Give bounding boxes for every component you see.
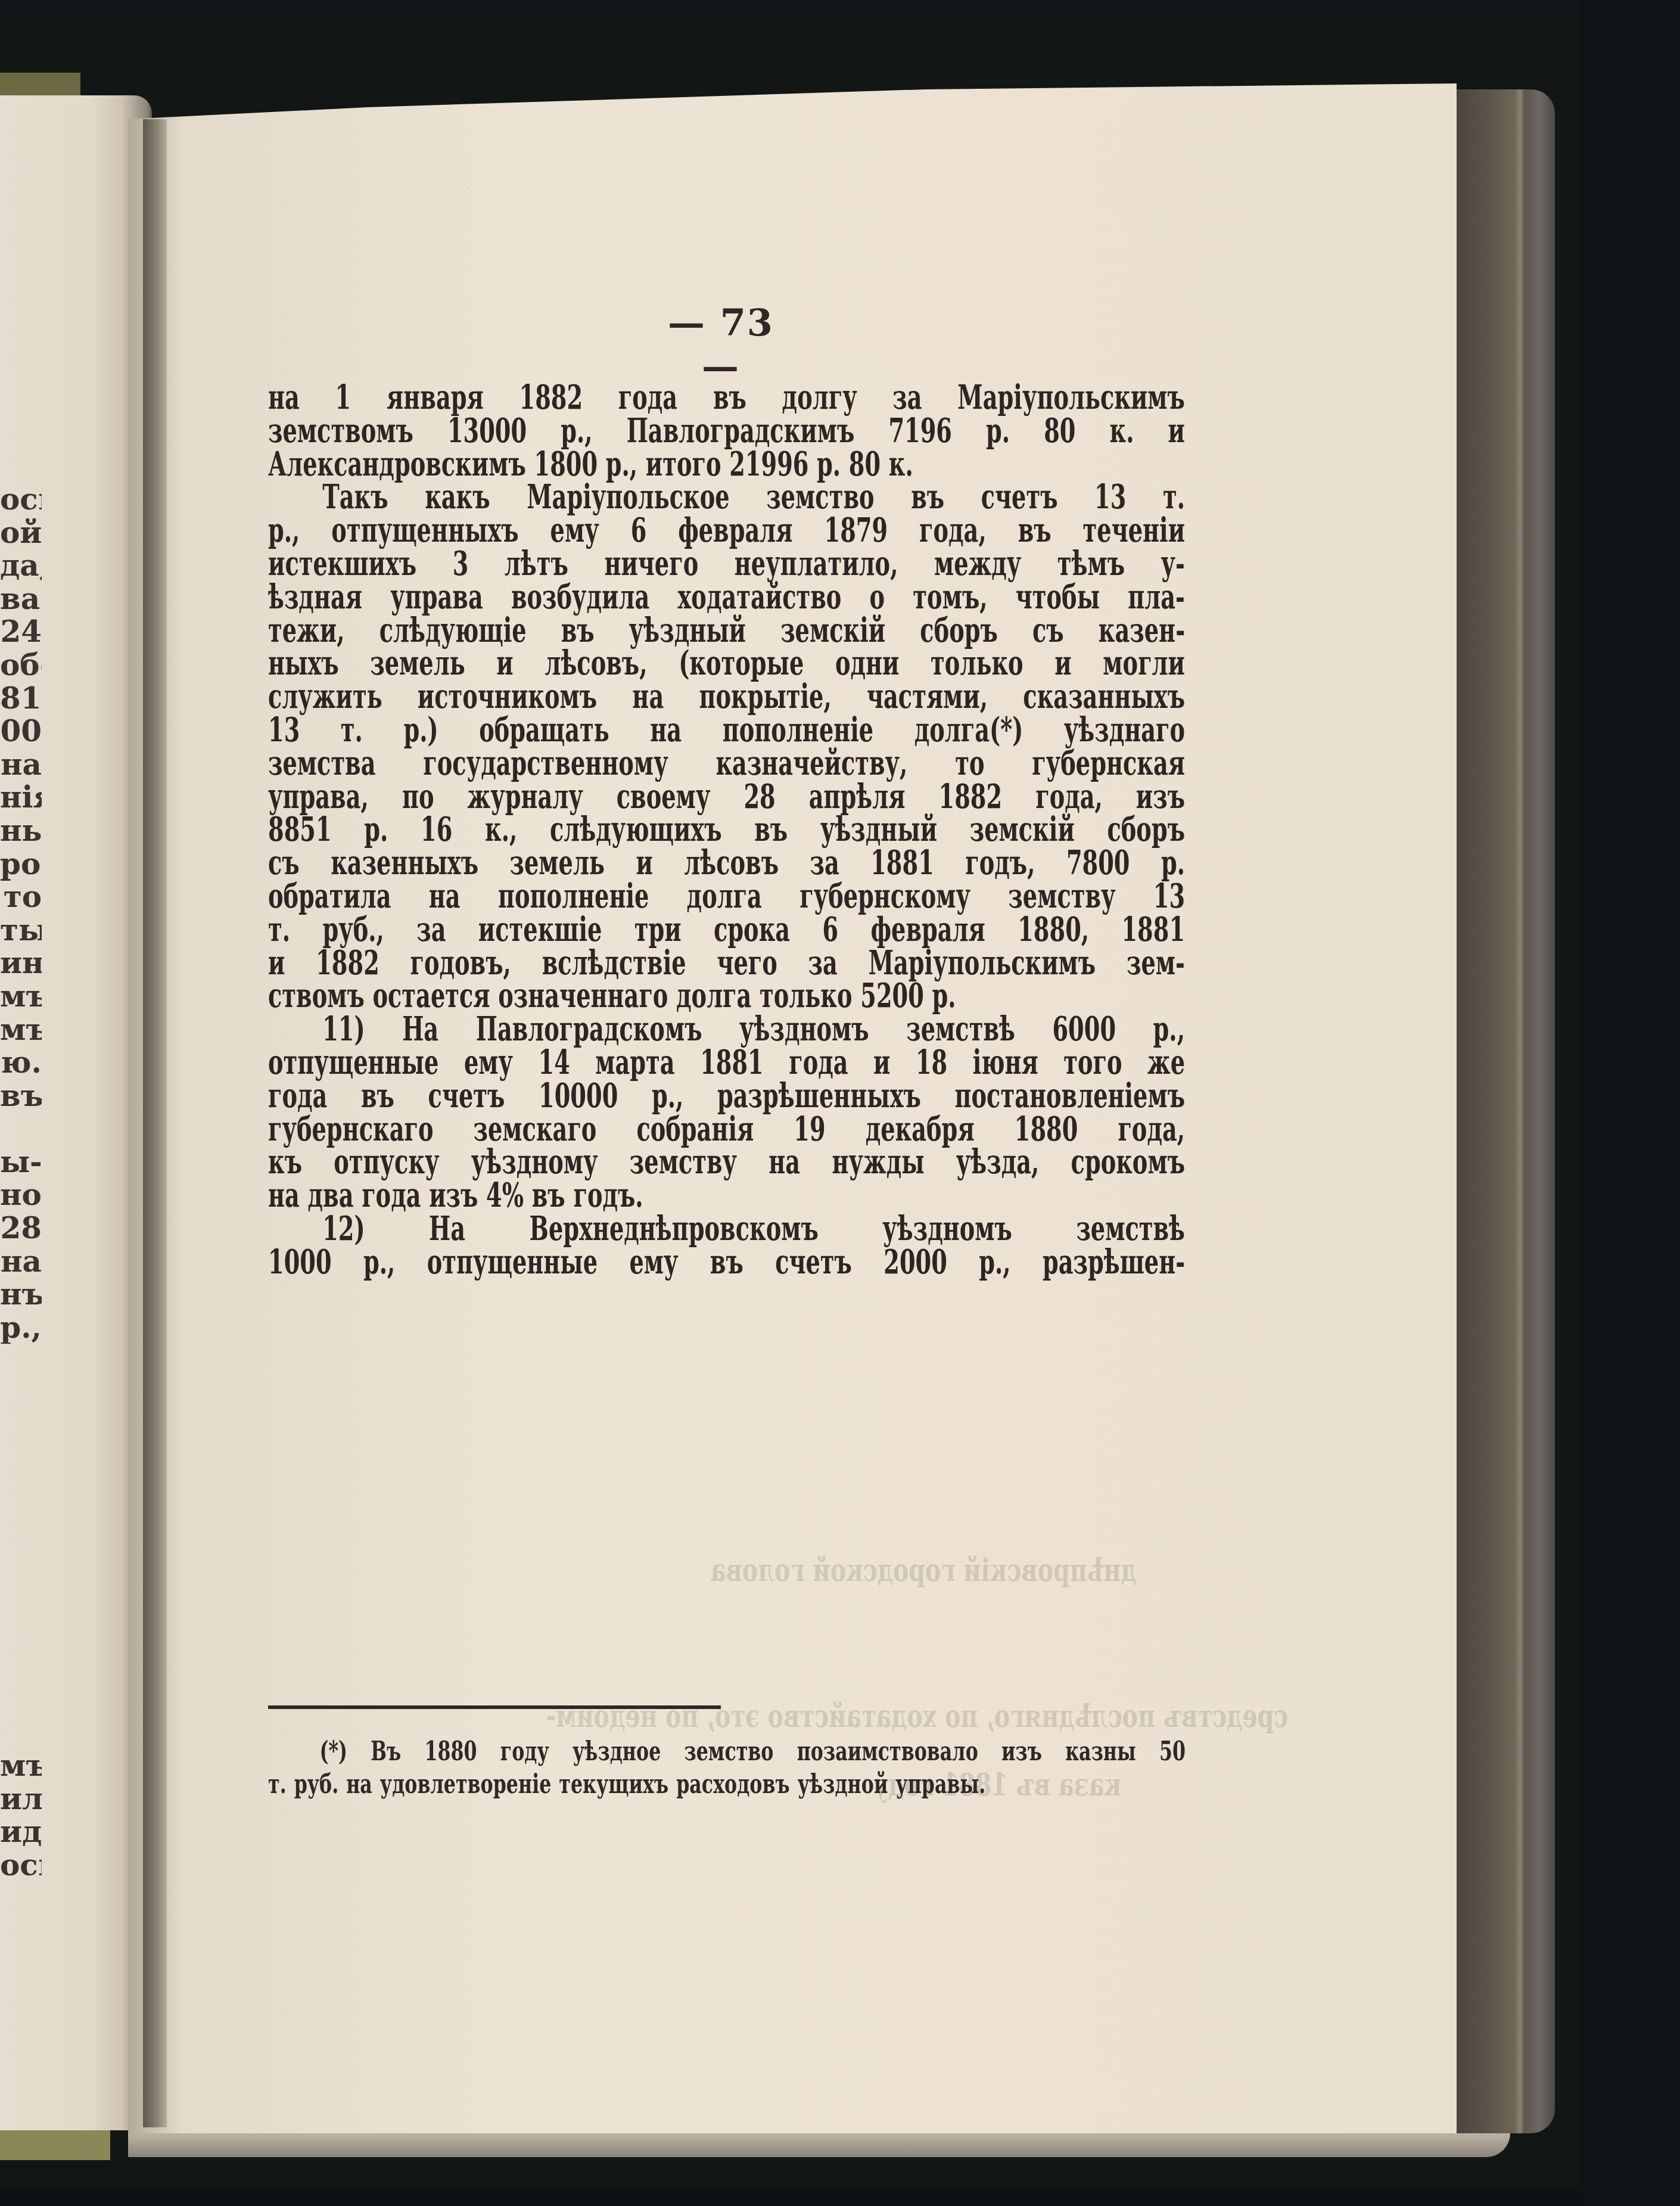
word: на — [650, 714, 682, 747]
word: счетъ — [428, 1080, 505, 1113]
word: и — [636, 847, 652, 880]
left-page-fragment: 24 — [0, 615, 42, 648]
text-line: къотпускууѣздномуземствунануждыуѣзда,сро… — [268, 1146, 1185, 1179]
word: тежи, — [268, 614, 344, 648]
word: февраля — [871, 914, 985, 947]
word: казначейству, — [715, 747, 907, 781]
left-page-fragment: 00 — [0, 714, 42, 748]
word: 13000 — [447, 415, 527, 448]
word: 80 — [1044, 415, 1075, 448]
left-page-fragment: мъ — [0, 980, 42, 1013]
word: и — [1054, 647, 1071, 681]
word: ему — [629, 1246, 678, 1279]
word: земства — [268, 747, 376, 781]
word: постановленіемъ — [955, 1080, 1186, 1113]
word: истекшіе — [478, 914, 602, 947]
word: т. — [268, 1768, 287, 1801]
word: году — [500, 1735, 549, 1768]
word: вслѣдствіе — [542, 947, 686, 980]
left-page-fragment: ой — [0, 516, 42, 549]
word: земство — [766, 481, 874, 514]
word: за — [892, 381, 922, 415]
left-page-fragment: ро- — [0, 847, 42, 881]
word: возбудила — [511, 581, 649, 614]
text-line: Александровскимъ1800р.,итого21996р.80к. — [268, 448, 1185, 481]
word: на — [268, 381, 300, 415]
word: пополненіе — [723, 714, 873, 747]
word: за — [416, 914, 446, 947]
word: 1 — [335, 381, 351, 415]
word: долгу — [782, 381, 857, 415]
text-line: годавъсчетъ10000р.,разрѣшенныхъпостановл… — [268, 1080, 1185, 1113]
left-page-fragment: да, — [0, 549, 42, 582]
text-line: земствомъ13000р.,Павлоградскимъ7196р.80к… — [268, 415, 1185, 448]
word: земствѣ — [906, 1013, 1015, 1046]
word: р., — [606, 448, 637, 481]
left-page-fragment: нь- — [0, 814, 42, 847]
word: 7196 — [888, 415, 952, 448]
word: итого — [646, 448, 721, 481]
word: Верхнеднѣпровскомъ — [530, 1213, 819, 1246]
show-through-text: средствъ послѣдняго, по ходатайство это,… — [546, 1698, 1289, 1735]
word: и — [496, 647, 513, 681]
word: 28 — [743, 781, 775, 814]
word: въ — [710, 1246, 743, 1279]
word: Александровскимъ — [268, 448, 526, 481]
word: въ — [361, 1080, 394, 1113]
text-line: и1882годовъ,вслѣдствіечегозаМаріупольски… — [268, 947, 1185, 980]
text-line: земствагосударственномуказначейству,тогу… — [268, 747, 1185, 781]
left-page-fragment: ось — [0, 483, 42, 516]
word: обращать — [479, 714, 609, 747]
word: 1879 — [825, 514, 888, 548]
word: земель — [510, 847, 605, 880]
left-page-fragment: нъ — [0, 1278, 42, 1311]
word: счетъ — [981, 481, 1058, 514]
word: обратила — [268, 880, 391, 914]
word: томъ, — [913, 581, 987, 614]
word: съ — [268, 847, 300, 880]
word: изъ — [429, 1179, 478, 1213]
word: уѣздномъ — [739, 1013, 869, 1046]
word: о — [870, 581, 885, 614]
left-page-fragment: ид- — [0, 1815, 42, 1848]
word: своему — [617, 781, 711, 814]
text-line: надвагодаизъ4%въгодъ. — [268, 1179, 1185, 1213]
word: земству — [1008, 880, 1115, 914]
word: ничего — [604, 548, 698, 581]
word: года — [268, 1080, 327, 1113]
word: слѣдующіе — [379, 614, 527, 648]
word: р., — [1153, 1013, 1185, 1046]
text-line: т.руб.наудовлетвореніетекущихърасходовъу… — [268, 1768, 1186, 1801]
word: уѣздный — [820, 813, 937, 847]
word: зем- — [1127, 947, 1185, 980]
word: земель — [370, 647, 465, 681]
word: въ — [561, 614, 595, 648]
word: уѣздному — [471, 1146, 598, 1179]
left-page-fragment: мъ — [0, 1013, 42, 1046]
word: за — [808, 947, 838, 980]
word: только — [760, 980, 852, 1013]
left-page-fragment: 28 — [0, 1211, 42, 1245]
main-text: на1января1882годавъдолгузаМаріупольскимъ… — [268, 381, 1186, 1279]
word: слѣдующихъ — [550, 813, 722, 847]
left-page-fragment: ю. — [0, 1046, 42, 1079]
word: годовъ, — [410, 947, 511, 980]
word: к. — [1110, 415, 1134, 448]
word: земству — [630, 1146, 737, 1179]
left-page-fragment: мъ — [0, 1749, 42, 1782]
word: земскаго — [474, 1113, 597, 1147]
left-page-fragment: но- — [0, 1178, 42, 1211]
left-cover-edge-top — [0, 73, 80, 95]
word: р. — [1161, 847, 1185, 880]
text-line: губернскагоземскагособранія19декабря1880… — [268, 1113, 1185, 1147]
left-page-fragment: ось — [0, 1848, 42, 1882]
page-number: — 73 — — [643, 301, 798, 388]
word: счетъ — [775, 1246, 852, 1279]
word: и — [873, 1046, 890, 1080]
word: на — [268, 1179, 300, 1213]
word: 1881 — [870, 847, 934, 880]
word: ныхъ — [268, 647, 339, 681]
word: собранія — [636, 1113, 754, 1147]
word: 50 — [1159, 1735, 1186, 1768]
word: ѣздная — [268, 581, 362, 614]
word: 1880 — [424, 1735, 477, 1768]
word: изъ — [1136, 781, 1185, 814]
word: съ — [1032, 614, 1064, 648]
word: срокомъ — [1071, 1146, 1185, 1179]
text-line: ныхъземельилѣсовъ,(которыеоднитолькоимог… — [268, 647, 1185, 681]
word: разрѣшенныхъ — [717, 1080, 921, 1113]
word: 1882 — [316, 947, 379, 980]
word: (которые — [679, 647, 804, 681]
word: іюня — [973, 1046, 1038, 1080]
word: р. — [817, 448, 841, 481]
word: удовлетвореніе — [380, 1768, 551, 1801]
word: два — [308, 1179, 354, 1213]
word: государственному — [423, 747, 668, 781]
word: 14 — [538, 1046, 570, 1080]
word: въ — [1018, 514, 1051, 548]
word: за — [810, 847, 839, 880]
word: года, — [1035, 781, 1103, 814]
word: долга(*) — [914, 714, 1023, 747]
word: позаимствовало — [797, 1735, 978, 1768]
word: долга — [676, 980, 751, 1013]
scan-border-top — [0, 0, 1680, 14]
word: казен- — [1099, 614, 1185, 648]
word: 16 — [421, 813, 452, 847]
word: чтобы — [1016, 581, 1100, 614]
left-page-text-fragments-bottom: мъилоид-ось — [0, 1749, 42, 1881]
word: журналу — [467, 781, 583, 814]
word: уѣздный — [629, 614, 746, 648]
word: Маріупольскимъ — [869, 947, 1096, 980]
text-line: ѣзднаяуправавозбудилаходатайствоотомъ,чт… — [268, 581, 1185, 614]
word: земство — [685, 1735, 774, 1768]
word: р., — [561, 415, 592, 448]
word: (*) — [319, 1735, 347, 1768]
word: теченіи — [1083, 514, 1185, 548]
word: лѣсовъ — [684, 847, 779, 880]
word: земскій — [970, 813, 1075, 847]
word: к. — [889, 448, 913, 481]
word: текущихъ — [559, 1768, 668, 1801]
word: управа — [390, 581, 483, 614]
page-bottom-edge — [128, 2133, 1510, 2157]
word: 18 — [916, 1046, 947, 1080]
word: р., — [652, 1080, 683, 1113]
word: года — [618, 381, 677, 415]
left-page-fragment: ило — [0, 1782, 42, 1816]
footnote-separator-rule — [268, 1705, 721, 1709]
word: только — [931, 647, 1023, 681]
word: на — [346, 1768, 372, 1801]
word: три — [634, 914, 682, 947]
word: частями, — [867, 681, 988, 714]
text-line: истекшихъ3лѣтъничегонеуплатило,междутѣмъ… — [268, 548, 1185, 581]
text-line: 12)НаВерхнеднѣпровскомъуѣздномъземствѣ — [268, 1213, 1185, 1246]
word: т. — [268, 914, 290, 947]
word: того — [1063, 1046, 1122, 1080]
word: 1882 — [939, 781, 1003, 814]
word: 4% — [486, 1179, 524, 1213]
word: Въ — [371, 1735, 401, 1768]
text-line: ТакъкакъМаріупольскоеземствовъсчетъ13т. — [268, 481, 1185, 514]
word: казны — [1065, 1735, 1136, 1768]
word: 7800 — [1066, 847, 1130, 880]
word: 12) — [322, 1213, 365, 1246]
word: уѣзднаго — [1064, 714, 1185, 747]
word: января — [387, 381, 484, 415]
left-page-fragment: ы- — [0, 1145, 42, 1179]
word: ему — [464, 1046, 513, 1080]
word: декабря — [866, 1113, 975, 1147]
word: губернскому — [799, 880, 970, 914]
text-line: ствомъостаетсяозначеннагодолгатолько5200… — [268, 980, 1185, 1013]
word: тѣмъ — [1057, 548, 1125, 581]
word: въ — [754, 813, 788, 847]
word: земствѣ — [1076, 1213, 1185, 1246]
word: сборъ — [920, 614, 998, 648]
word: къ — [268, 1146, 302, 1179]
word: р.) — [403, 714, 438, 747]
word: апрѣля — [809, 781, 906, 814]
word: февраля — [678, 514, 792, 548]
word: 13 — [268, 714, 300, 747]
word: 5200 — [860, 980, 924, 1013]
word: управы. — [895, 1768, 985, 1801]
word: ствомъ — [268, 980, 365, 1013]
word: уѣздное — [573, 1735, 661, 1768]
word: 13 — [1153, 880, 1185, 914]
word: въ — [911, 481, 944, 514]
word: ходатайство — [678, 581, 842, 614]
left-page-fragment: об- — [0, 648, 42, 682]
word: остается — [373, 980, 490, 1013]
book-gutter — [143, 119, 167, 2127]
text-line: (*)Въ1880годууѣздноеземствопозаимствовал… — [268, 1735, 1186, 1768]
word: же — [1147, 1046, 1185, 1080]
word: уѣзда, — [956, 1146, 1040, 1179]
text-line: отпущенныеему14марта1881годаи18іюнятогож… — [268, 1046, 1185, 1080]
word: и — [1168, 415, 1185, 448]
word: пла- — [1128, 581, 1185, 614]
word: по — [402, 781, 434, 814]
word: управа, — [268, 781, 369, 814]
text-line: р.,отпущенныхъему6февраля1879года,вътече… — [268, 514, 1185, 548]
word: 2000 — [883, 1246, 947, 1279]
show-through-text: днѣпровскій городской голова — [711, 1552, 1137, 1589]
word: 13 — [1094, 481, 1126, 514]
word: служить — [268, 681, 382, 714]
word: руб. — [294, 1768, 339, 1801]
word: т. — [341, 714, 363, 747]
word: отпущенные — [268, 1046, 438, 1080]
word: р., — [979, 1246, 1010, 1279]
word: 6 — [822, 914, 838, 947]
word: означеннаго — [498, 980, 668, 1013]
left-page-fragment — [0, 1112, 42, 1145]
text-line: управа,пожурналусвоему28апрѣля1882года,и… — [268, 781, 1185, 814]
word: уѣздномъ — [882, 1213, 1012, 1246]
word: на — [769, 1146, 800, 1179]
word: неуплатило, — [735, 548, 898, 581]
text-line: съказенныхъземельилѣсовъза1881годъ,7800р… — [268, 847, 1185, 880]
text-line: 11)НаПавлоградскомъуѣздномъземствѣ6000р.… — [268, 1013, 1185, 1046]
text-line: обратиланапополненіедолгагубернскомуземс… — [268, 880, 1185, 914]
word: марта — [595, 1046, 674, 1080]
word: на — [429, 880, 461, 914]
left-page-fragment: на — [0, 748, 42, 781]
left-page-fragment: то — [0, 880, 42, 914]
text-line: служитьисточникомънапокрытіе,частями,ска… — [268, 681, 1185, 714]
word: 1882 — [519, 381, 583, 415]
word: губернская — [1032, 747, 1185, 781]
word: у- — [1161, 548, 1185, 581]
word: покрытіе, — [699, 681, 831, 714]
word: сказанныхъ — [1023, 681, 1185, 714]
word: 80 — [849, 448, 881, 481]
word: отпущенныхъ — [331, 514, 518, 548]
word: 6 — [631, 514, 647, 548]
word: чего — [717, 947, 777, 980]
footnote: (*)Въ1880годууѣздноеземствопозаимствовал… — [268, 1735, 1186, 1801]
word: на — [632, 681, 664, 714]
word: р., — [268, 514, 300, 548]
word: въ — [713, 381, 746, 415]
word: руб., — [322, 914, 384, 947]
word: годъ. — [573, 1179, 643, 1213]
text-line: 1000р.,отпущенныеемувъсчетъ2000р.,разрѣш… — [268, 1246, 1185, 1279]
scan-border-right — [1579, 0, 1680, 2206]
word: 3 — [453, 548, 469, 581]
left-page-text-fragments-top: осьойда,ва-24об-81.00наніянь-ро-тотыин-м… — [0, 483, 42, 1344]
word: 11) — [322, 1013, 365, 1046]
word: разрѣшен- — [1043, 1246, 1185, 1279]
word: губернскаго — [268, 1113, 433, 1147]
word: 10000 — [539, 1080, 618, 1113]
page-edge-stack — [1454, 89, 1555, 2133]
word: то — [955, 747, 984, 781]
word: т. — [1163, 481, 1185, 514]
text-line: 8851р.16к.,слѣдующихъвъуѣздныйземскійсбо… — [268, 813, 1185, 847]
word: 6000 — [1052, 1013, 1116, 1046]
word: 1880, — [1018, 914, 1089, 947]
word: р. — [932, 980, 956, 1013]
word: 21996 — [729, 448, 808, 481]
word: лѣтъ — [505, 548, 568, 581]
left-page-fragment: ва- — [0, 582, 42, 616]
word: отпущенные — [427, 1246, 598, 1279]
word: 8851 — [268, 813, 332, 847]
word: года — [362, 1179, 421, 1213]
left-page-fragment: на — [0, 1245, 42, 1278]
word: года, — [919, 514, 987, 548]
word: к., — [485, 813, 517, 847]
word: годъ, — [965, 847, 1035, 880]
left-page-fragment: нія — [0, 781, 42, 814]
left-page-fragment: въ — [0, 1079, 42, 1113]
word: сборъ — [1107, 813, 1185, 847]
word: лѣсовъ, — [545, 647, 647, 681]
word: изъ — [1001, 1735, 1042, 1768]
word: нужды — [832, 1146, 924, 1179]
word: долга — [687, 880, 762, 914]
word: Такъ — [322, 481, 388, 514]
word: Маріупольское — [527, 481, 729, 514]
text-line: тежи,слѣдующіевъуѣздныйземскійсборъсъказ… — [268, 614, 1185, 648]
word: земствомъ — [268, 415, 413, 448]
word: казенныхъ — [331, 847, 478, 880]
word: какъ — [425, 481, 490, 514]
left-page-fragment: ты — [0, 914, 42, 947]
text-line: на1января1882годавъдолгузаМаріупольскимъ — [268, 381, 1185, 415]
word: источникомъ — [418, 681, 597, 714]
word: На — [402, 1013, 438, 1046]
word: уѣздной — [798, 1768, 888, 1801]
left-page-fragment: 81. — [0, 682, 42, 715]
word: На — [429, 1213, 465, 1246]
word: между — [934, 548, 1021, 581]
word: Маріупольскимъ — [957, 381, 1185, 415]
word: р. — [986, 415, 1010, 448]
left-page-fragment: ин- — [0, 946, 42, 980]
word: отпуску — [334, 1146, 439, 1179]
word: года, — [1118, 1113, 1185, 1147]
left-cover-edge-bottom — [0, 2130, 110, 2160]
left-page-fragment: р., — [0, 1311, 42, 1344]
word: и — [268, 947, 285, 980]
word: истекшихъ — [268, 548, 416, 581]
word: срока — [714, 914, 790, 947]
word: расходовъ — [676, 1768, 790, 1801]
word: р. — [364, 813, 388, 847]
word: Павлоградскимъ — [627, 415, 855, 448]
word: 1000 — [268, 1246, 332, 1279]
word: 1881 — [1121, 914, 1185, 947]
word: р., — [363, 1246, 395, 1279]
word: земскій — [780, 614, 885, 648]
word: пополненіе — [498, 880, 649, 914]
word: Павлоградскомъ — [476, 1013, 702, 1046]
word: 1880 — [1015, 1113, 1078, 1147]
word: могли — [1103, 647, 1185, 681]
word: 1800 — [534, 448, 598, 481]
